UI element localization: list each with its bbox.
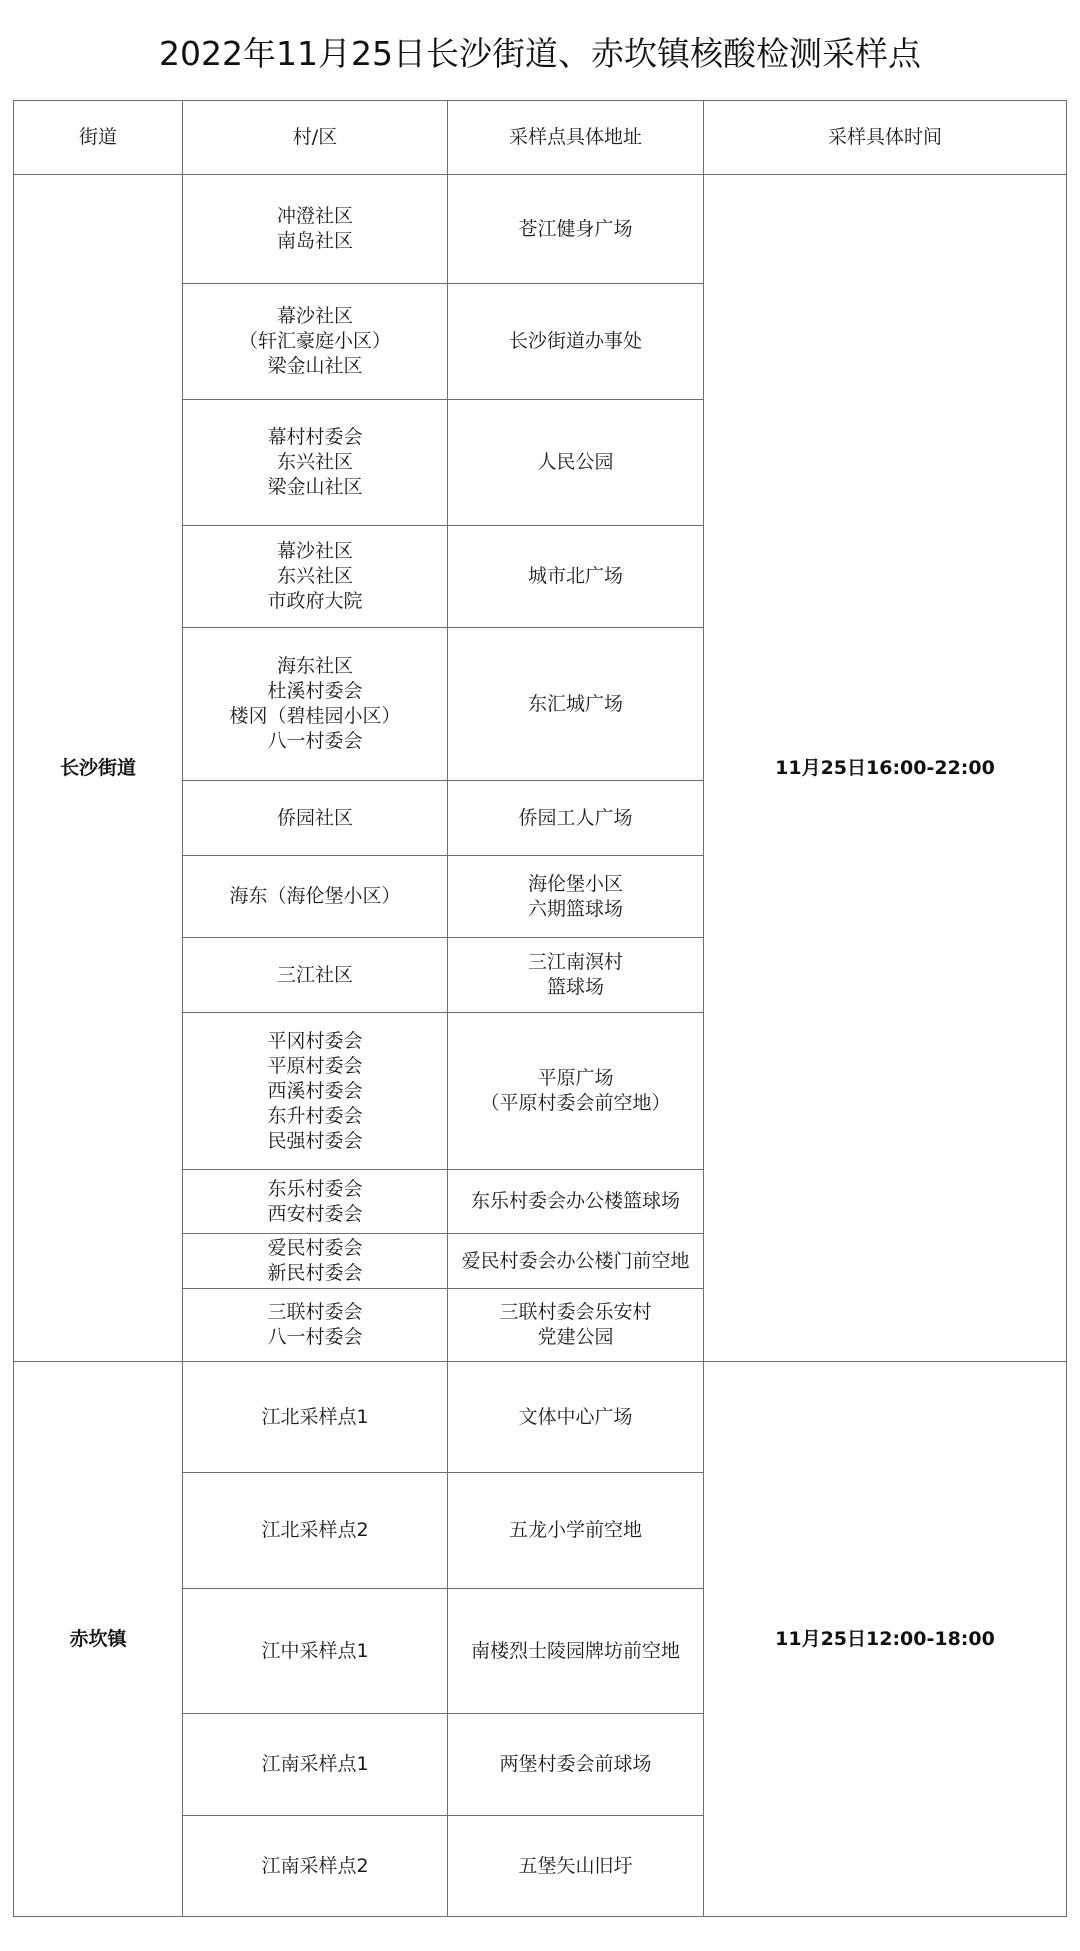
village-cell: 平冈村委会平原村委会西溪村委会东升村委会民强村委会 (183, 1013, 448, 1170)
address-line: 爱民村委会办公楼门前空地 (448, 1249, 703, 1274)
sampling-time-cell: 11月25日16:00-22:00 (704, 175, 1067, 1362)
address-line: 文体中心广场 (448, 1405, 703, 1430)
address-cell: 东乐村委会办公楼篮球场 (448, 1170, 704, 1234)
address-cell: 东汇城广场 (448, 628, 704, 781)
address-cell: 三联村委会乐安村党建公园 (448, 1289, 704, 1362)
street-name-cell: 长沙街道 (14, 175, 183, 1362)
village-name: 海东（海伦堡小区） (183, 884, 447, 909)
village-name: 平冈村委会 (183, 1029, 447, 1054)
address-cell: 南楼烈士陵园牌坊前空地 (448, 1589, 704, 1714)
village-cell: 侨园社区 (183, 781, 448, 856)
village-cell: 爱民村委会新民村委会 (183, 1234, 448, 1289)
table-row: 赤坎镇江北采样点1文体中心广场11月25日12:00-18:00 (14, 1362, 1067, 1473)
village-name: 海东社区 (183, 654, 447, 679)
village-name: 西溪村委会 (183, 1079, 447, 1104)
street-name-cell: 赤坎镇 (14, 1362, 183, 1917)
address-line: 城市北广场 (448, 564, 703, 589)
sampling-time-cell: 11月25日12:00-18:00 (704, 1362, 1067, 1917)
header-street: 街道 (14, 101, 183, 175)
address-line: 海伦堡小区 (448, 872, 703, 897)
address-line: 六期篮球场 (448, 897, 703, 922)
village-cell: 三联村委会八一村委会 (183, 1289, 448, 1362)
village-name: 梁金山社区 (183, 475, 447, 500)
village-name: 江北采样点1 (183, 1405, 447, 1430)
address-cell: 五龙小学前空地 (448, 1473, 704, 1589)
address-line: 篮球场 (448, 975, 703, 1000)
address-line: （平原村委会前空地） (448, 1091, 703, 1116)
village-name: 幕沙社区 (183, 304, 447, 329)
address-cell: 爱民村委会办公楼门前空地 (448, 1234, 704, 1289)
village-cell: 冲澄社区南岛社区 (183, 175, 448, 284)
village-name: 幕村村委会 (183, 425, 447, 450)
village-name: 市政府大院 (183, 589, 447, 614)
header-village: 村/区 (183, 101, 448, 175)
address-cell: 苍江健身广场 (448, 175, 704, 284)
address-line: 侨园工人广场 (448, 806, 703, 831)
address-cell: 人民公园 (448, 400, 704, 526)
address-line: 东乐村委会办公楼篮球场 (448, 1189, 703, 1214)
village-cell: 海东社区杜溪村委会楼冈（碧桂园小区）八一村委会 (183, 628, 448, 781)
village-name: （轩汇豪庭小区） (183, 329, 447, 354)
village-cell: 幕沙社区东兴社区市政府大院 (183, 526, 448, 628)
village-name: 新民村委会 (183, 1261, 447, 1286)
village-name: 爱民村委会 (183, 1236, 447, 1261)
page-title: 2022年11月25日长沙街道、赤坎镇核酸检测采样点 (0, 30, 1080, 78)
address-line: 三联村委会乐安村 (448, 1300, 703, 1325)
table-body: 长沙街道冲澄社区南岛社区苍江健身广场11月25日16:00-22:00幕沙社区（… (14, 175, 1067, 1917)
village-cell: 幕沙社区（轩汇豪庭小区）梁金山社区 (183, 284, 448, 400)
address-cell: 海伦堡小区六期篮球场 (448, 856, 704, 938)
address-cell: 五堡矢山旧圩 (448, 1816, 704, 1917)
village-cell: 幕村村委会东兴社区梁金山社区 (183, 400, 448, 526)
address-line: 五堡矢山旧圩 (448, 1854, 703, 1879)
village-name: 东升村委会 (183, 1104, 447, 1129)
village-name: 八一村委会 (183, 729, 447, 754)
village-name: 平原村委会 (183, 1054, 447, 1079)
address-cell: 两堡村委会前球场 (448, 1714, 704, 1816)
village-name: 东兴社区 (183, 564, 447, 589)
village-cell: 江北采样点2 (183, 1473, 448, 1589)
village-name: 八一村委会 (183, 1325, 447, 1350)
address-line: 苍江健身广场 (448, 217, 703, 242)
header-time: 采样具体时间 (704, 101, 1067, 175)
village-cell: 江北采样点1 (183, 1362, 448, 1473)
village-cell: 海东（海伦堡小区） (183, 856, 448, 938)
village-cell: 江中采样点1 (183, 1589, 448, 1714)
village-cell: 江南采样点2 (183, 1816, 448, 1917)
address-cell: 侨园工人广场 (448, 781, 704, 856)
village-name: 江北采样点2 (183, 1518, 447, 1543)
table-row: 长沙街道冲澄社区南岛社区苍江健身广场11月25日16:00-22:00 (14, 175, 1067, 284)
village-name: 南岛社区 (183, 229, 447, 254)
address-line: 人民公园 (448, 450, 703, 475)
village-name: 江中采样点1 (183, 1639, 447, 1664)
village-cell: 江南采样点1 (183, 1714, 448, 1816)
address-cell: 长沙街道办事处 (448, 284, 704, 400)
address-line: 五龙小学前空地 (448, 1518, 703, 1543)
village-name: 江南采样点2 (183, 1854, 447, 1879)
address-cell: 三江南溟村篮球场 (448, 938, 704, 1013)
village-name: 梁金山社区 (183, 354, 447, 379)
address-cell: 平原广场（平原村委会前空地） (448, 1013, 704, 1170)
village-name: 冲澄社区 (183, 204, 447, 229)
village-name: 楼冈（碧桂园小区） (183, 704, 447, 729)
address-line: 两堡村委会前球场 (448, 1752, 703, 1777)
address-line: 党建公园 (448, 1325, 703, 1350)
address-line: 南楼烈士陵园牌坊前空地 (448, 1639, 703, 1664)
village-name: 东乐村委会 (183, 1177, 447, 1202)
village-name: 东兴社区 (183, 450, 447, 475)
address-line: 三江南溟村 (448, 950, 703, 975)
sampling-sites-table: 街道 村/区 采样点具体地址 采样具体时间 长沙街道冲澄社区南岛社区苍江健身广场… (13, 100, 1067, 1917)
village-name: 幕沙社区 (183, 539, 447, 564)
address-cell: 城市北广场 (448, 526, 704, 628)
village-name: 侨园社区 (183, 806, 447, 831)
village-cell: 东乐村委会西安村委会 (183, 1170, 448, 1234)
address-line: 平原广场 (448, 1066, 703, 1091)
village-name: 杜溪村委会 (183, 679, 447, 704)
village-name: 民强村委会 (183, 1129, 447, 1154)
address-line: 东汇城广场 (448, 692, 703, 717)
village-name: 江南采样点1 (183, 1752, 447, 1777)
address-cell: 文体中心广场 (448, 1362, 704, 1473)
header-address: 采样点具体地址 (448, 101, 704, 175)
address-line: 长沙街道办事处 (448, 329, 703, 354)
village-name: 西安村委会 (183, 1202, 447, 1227)
village-cell: 三江社区 (183, 938, 448, 1013)
village-name: 三江社区 (183, 963, 447, 988)
village-name: 三联村委会 (183, 1300, 447, 1325)
table-header-row: 街道 村/区 采样点具体地址 采样具体时间 (14, 101, 1067, 175)
